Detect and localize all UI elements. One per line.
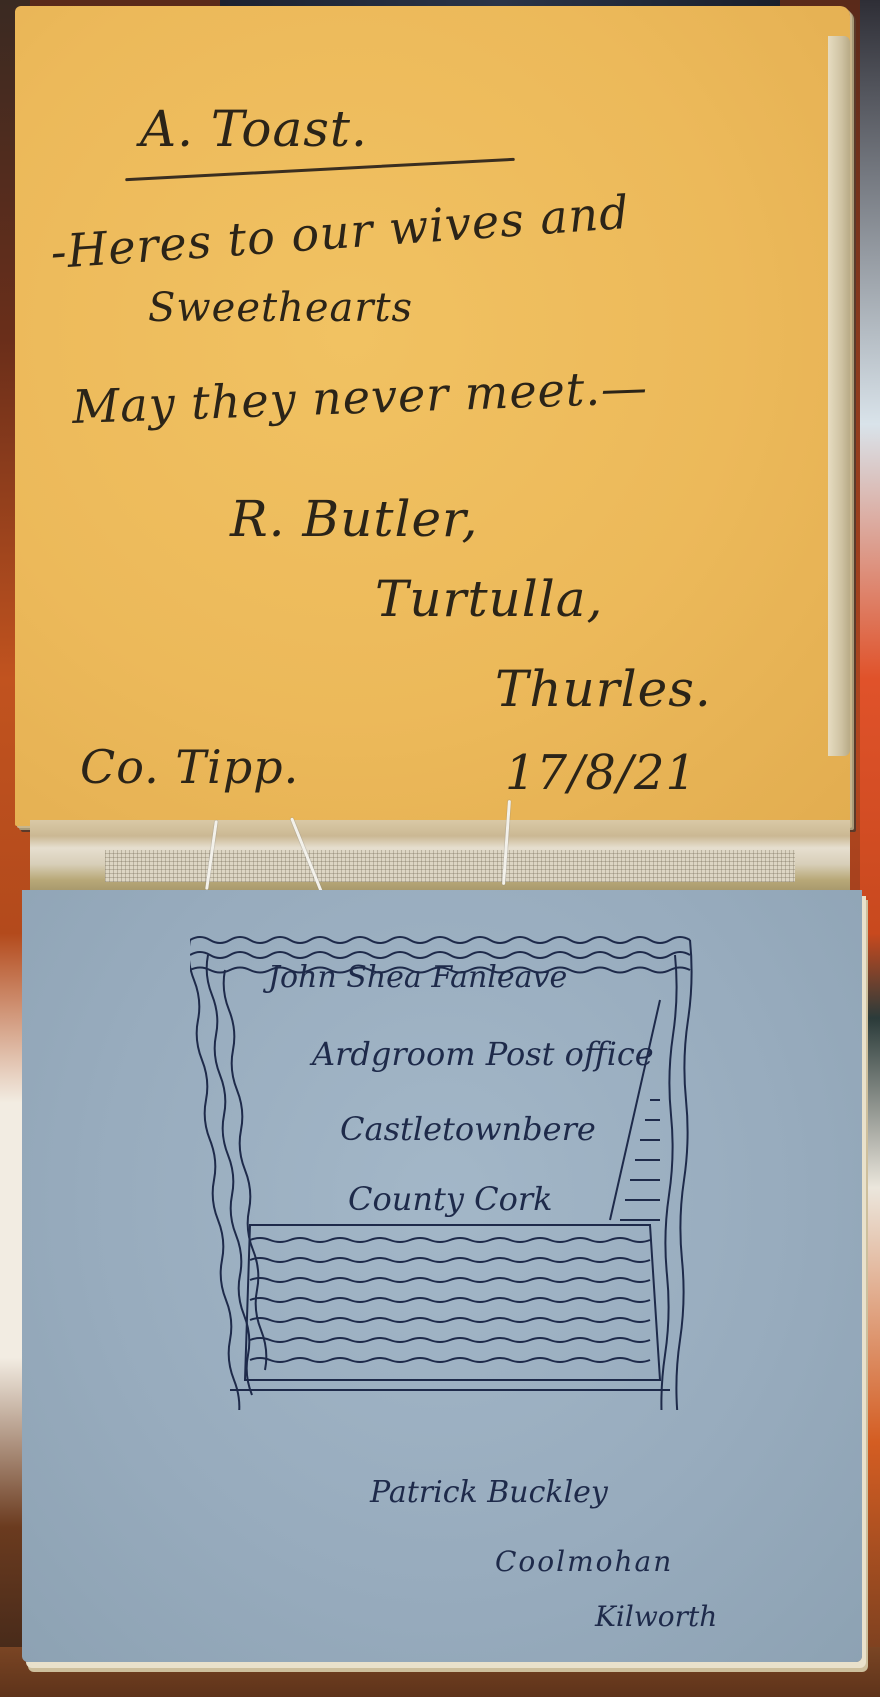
framed-entry-line-4: County Cork — [348, 1180, 553, 1218]
framed-entry-line-2: Ardgroom Post office — [312, 1035, 654, 1073]
toast-line-2: Sweethearts — [148, 285, 413, 331]
book-binding — [30, 820, 850, 900]
framed-entry-line-1: John Shea Fanleave — [268, 960, 567, 995]
bottom-signature-townland: Coolmohan — [495, 1545, 673, 1578]
page-stack-edge — [828, 36, 850, 756]
framed-entry-line-3: Castletownbere — [340, 1110, 596, 1148]
signature-name: R. Butler, — [230, 490, 478, 548]
bottom-signature-name: Patrick Buckley — [370, 1475, 608, 1510]
bottom-signature-town: Kilworth — [595, 1600, 717, 1633]
signature-date: 17/8/21 — [505, 745, 697, 801]
signature-townland: Turtulla, — [375, 570, 603, 628]
background-right — [860, 0, 880, 1697]
toast-title: A. Toast. — [140, 100, 368, 158]
signature-town: Thurles. — [495, 660, 712, 718]
signature-county: Co. Tipp. — [80, 740, 299, 794]
